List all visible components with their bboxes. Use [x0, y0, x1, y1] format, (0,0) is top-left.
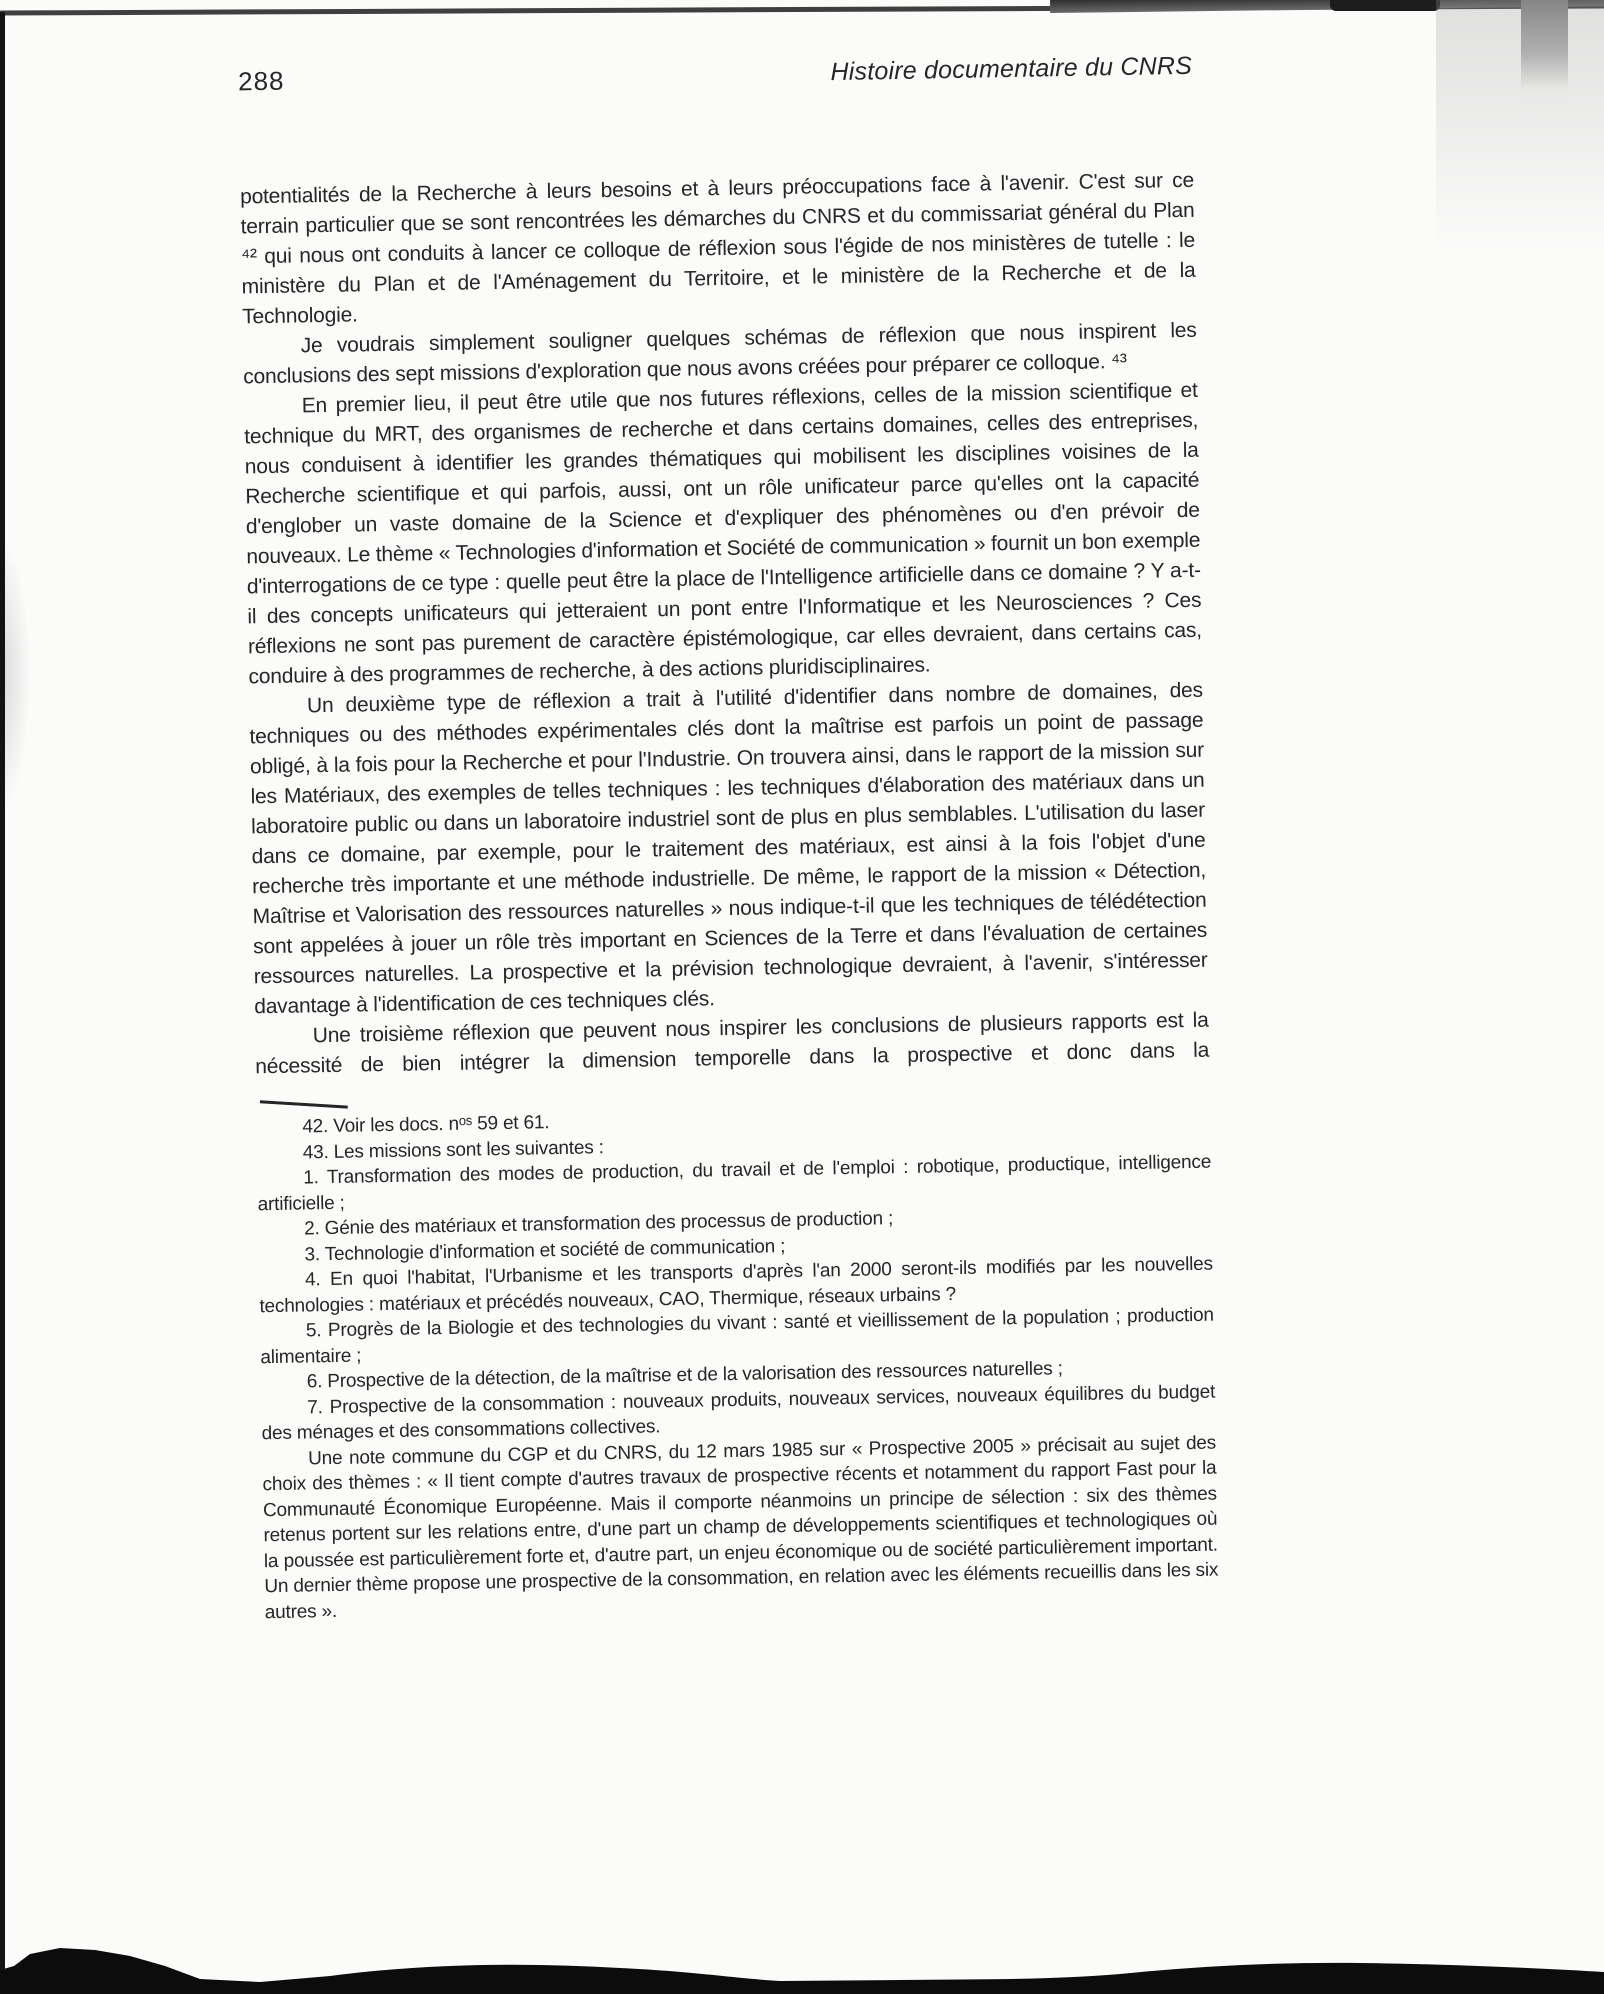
footnote: Une note commune du CGP et du CNRS, du 1… — [262, 1430, 1219, 1625]
scan-left-smudge — [0, 540, 30, 810]
body-paragraph: Un deuxième type de réflexion a trait à … — [249, 676, 1209, 1023]
footnotes: 42. Voir les docs. nᵒˢ 59 et 61. 43. Les… — [256, 1099, 1219, 1626]
footnote-separator — [260, 1100, 348, 1108]
scan-bottom-edge — [0, 1936, 1604, 1994]
page-content: 288 Histoire documentaire du CNRS potent… — [238, 50, 1219, 1625]
masthead: 288 Histoire documentaire du CNRS — [238, 50, 1192, 101]
main-text: potentialités de la Recherche à leurs be… — [240, 166, 1210, 1083]
scanned-book-page: 288 Histoire documentaire du CNRS potent… — [0, 0, 1604, 1994]
running-header: Histoire documentaire du CNRS — [830, 52, 1192, 87]
scan-corner-shadow — [1436, 0, 1604, 250]
body-paragraph: potentialités de la Recherche à leurs be… — [240, 166, 1196, 333]
scan-left-edge — [0, 12, 5, 1994]
scan-top-shadow — [1330, 0, 1440, 11]
scan-page-edge-strip — [1521, 0, 1568, 100]
body-paragraph: En premier lieu, il peut être utile que … — [244, 376, 1203, 693]
page-number: 288 — [238, 66, 285, 98]
